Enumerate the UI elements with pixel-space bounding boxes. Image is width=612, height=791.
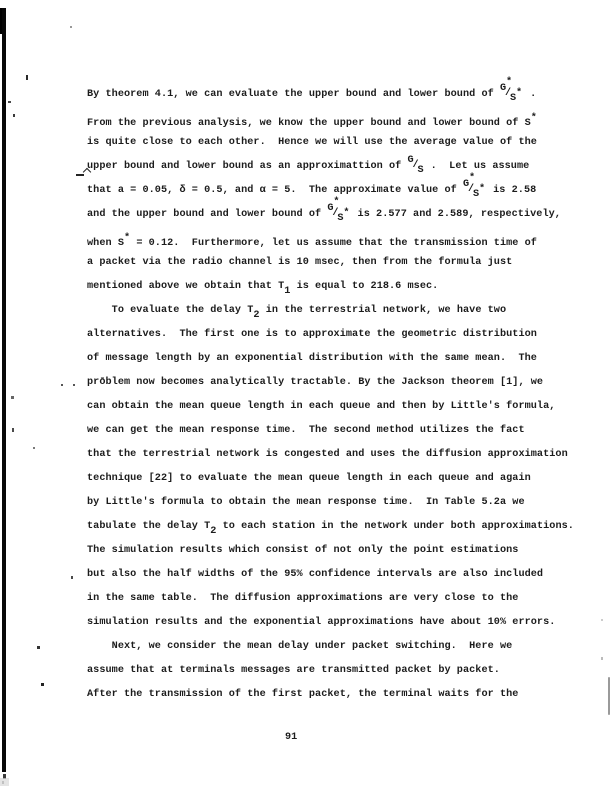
text-line: upper bound and lower bound as an approx… — [87, 155, 592, 179]
text-run: by Little's formula to obtain the mean r… — [87, 497, 525, 508]
scan-right-edge-mark — [608, 677, 610, 715]
text-run: of message length by an exponential dist… — [87, 353, 537, 364]
text-run: To evaluate the delay T — [87, 305, 253, 316]
text-line: After the transmission of the first pack… — [87, 683, 592, 707]
document-page: By theorem 4.1, we can evaluate the uppe… — [0, 0, 612, 791]
text-line: From the previous analysis, we know the … — [87, 107, 592, 131]
scan-speck — [41, 683, 44, 686]
text-run: alternatives. The first one is to approx… — [87, 329, 537, 340]
scan-speck — [37, 646, 40, 649]
text-line: By theorem 4.1, we can evaluate the uppe… — [87, 83, 592, 107]
text-line: but also the half widths of the 95% conf… — [87, 563, 592, 587]
text-run: upper bound and lower bound as an approx… — [87, 161, 408, 172]
text-run: . Let us assume — [425, 161, 530, 172]
text-run: is equal to 218.6 msec. — [290, 281, 438, 292]
scan-speck — [73, 384, 75, 386]
text-line: in the same table. The diffusion approxi… — [87, 587, 592, 611]
scan-speck — [8, 101, 11, 103]
text-line: mentioned above we obtain that T1 is equ… — [87, 275, 592, 299]
text-run: mentioned above we obtain that T — [87, 281, 284, 292]
text-line: of message length by an exponential dist… — [87, 347, 592, 371]
text-run: is quite close to each other. Hence we w… — [87, 137, 537, 148]
scan-speck — [601, 657, 603, 660]
text-run: After the transmission of the first pack… — [87, 689, 518, 700]
text-run: and the upper bound and lower bound of — [87, 209, 327, 220]
text-run: assume that at terminals messages are tr… — [87, 665, 500, 676]
scan-speck — [61, 384, 63, 386]
scan-speck — [71, 576, 73, 579]
scan-corner-smudge — [0, 778, 9, 786]
text-run: that the terrestrial network is congeste… — [87, 449, 568, 460]
text-run: From the previous analysis, we know the … — [87, 118, 531, 129]
text-line: a packet via the radio channel is 10 mse… — [87, 251, 592, 275]
text-line: can obtain the mean queue length in each… — [87, 395, 592, 419]
text-line: that the terrestrial network is congeste… — [87, 443, 592, 467]
g-over-s-notation: G*/S* — [327, 208, 351, 218]
scan-speck — [26, 75, 28, 80]
text-run: in the terrestrial network, we have two — [260, 305, 507, 316]
text-run: that a = 0.05, δ = 0.5, and α = 5. The a… — [87, 185, 463, 196]
text-line: we can get the mean response time. The s… — [87, 419, 592, 443]
scan-speck — [601, 619, 603, 621]
scan-edge-bar — [2, 8, 6, 772]
text-run: can obtain the mean queue length in each… — [87, 401, 555, 412]
text-line: The simulation results which consist of … — [87, 539, 592, 563]
text-run: but also the half widths of the 95% conf… — [87, 569, 543, 580]
text-run: prōblem now becomes analytically tractab… — [87, 377, 543, 388]
text-run: By theorem 4.1, we can evaluate the uppe… — [87, 89, 500, 100]
text-run: when S — [87, 238, 124, 249]
margin-pencil-mark — [76, 174, 84, 176]
text-line: is quite close to each other. Hence we w… — [87, 131, 592, 155]
text-run: we can get the mean response time. The s… — [87, 425, 525, 436]
scan-speck — [12, 428, 14, 432]
superscript: * — [531, 113, 537, 124]
text-run: Next, we consider the mean delay under p… — [87, 641, 512, 652]
text-run: = 0.12. Furthermore, let us assume that … — [130, 238, 537, 249]
scan-speck — [33, 447, 35, 449]
page-number: 91 — [285, 729, 297, 747]
page-text: By theorem 4.1, we can evaluate the uppe… — [87, 83, 592, 707]
scan-speck — [70, 26, 72, 28]
text-line: prōblem now becomes analytically tractab… — [87, 371, 592, 395]
g-over-s-notation: G/S — [408, 160, 425, 170]
text-run: technique [22] to evaluate the mean queu… — [87, 473, 531, 484]
g-over-s-notation: G*/S* — [463, 184, 487, 194]
text-run: is 2.58 — [487, 185, 536, 196]
text-run: tabulate the delay T — [87, 521, 210, 532]
text-line: alternatives. The first one is to approx… — [87, 323, 592, 347]
scan-speck — [13, 114, 15, 117]
text-line: To evaluate the delay T2 in the terrestr… — [87, 299, 592, 323]
text-line: by Little's formula to obtain the mean r… — [87, 491, 592, 515]
text-run: . — [524, 89, 536, 100]
text-line: and the upper bound and lower bound of G… — [87, 203, 592, 227]
text-run: in the same table. The diffusion approxi… — [87, 593, 518, 604]
g-over-s-notation: G*/S* — [500, 88, 524, 98]
text-run: a packet via the radio channel is 10 mse… — [87, 257, 512, 268]
scan-speck — [11, 396, 14, 399]
text-run: The simulation results which consist of … — [87, 545, 518, 556]
text-line: when S* = 0.12. Furthermore, let us assu… — [87, 227, 592, 251]
text-line: tabulate the delay T2 to each station in… — [87, 515, 592, 539]
text-line: technique [22] to evaluate the mean queu… — [87, 467, 592, 491]
text-line: Next, we consider the mean delay under p… — [87, 635, 592, 659]
text-run: to each station in the network under bot… — [216, 521, 573, 532]
text-line: simulation results and the exponential a… — [87, 611, 592, 635]
text-line: assume that at terminals messages are tr… — [87, 659, 592, 683]
text-run: is 2.577 and 2.589, respectively, — [351, 209, 561, 220]
text-run: simulation results and the exponential a… — [87, 617, 555, 628]
